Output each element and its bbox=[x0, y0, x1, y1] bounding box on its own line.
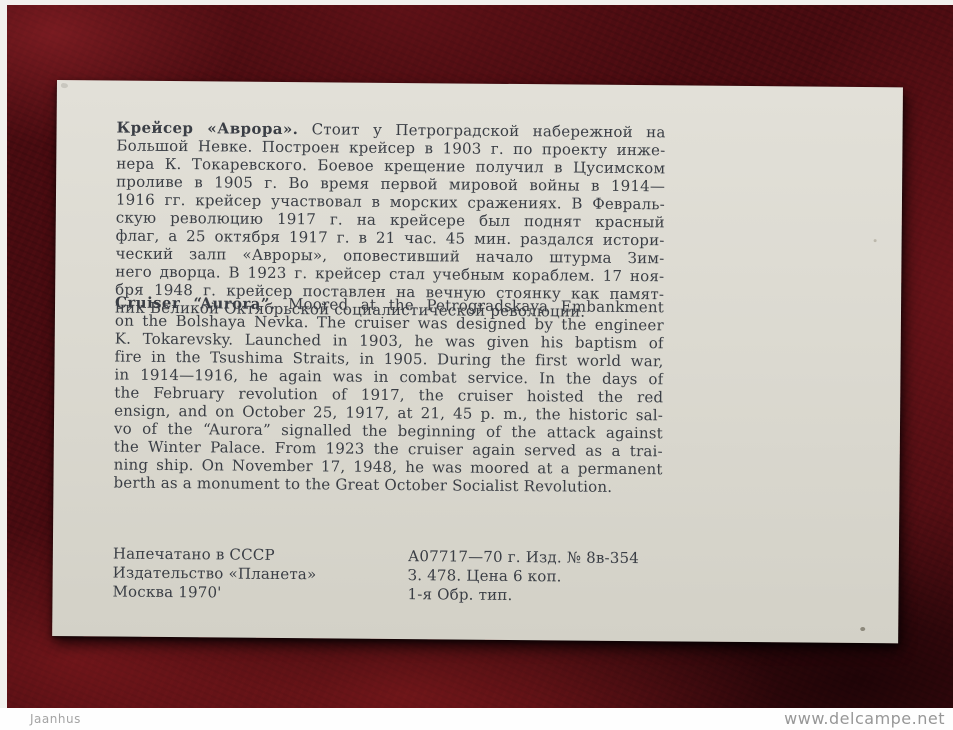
photo-frame: Крейсер «Аврора». Стоит у Петроградской … bbox=[0, 0, 953, 730]
imprint-block: Напечатано в СССРИздательство «Планета»М… bbox=[113, 545, 813, 551]
text-line: Москва 1970' bbox=[112, 583, 316, 604]
postcard: Крейсер «Аврора». Стоит у Петроградской … bbox=[52, 80, 903, 643]
watermark-delcampe: www.delcampe.net bbox=[784, 709, 945, 728]
russian-description: Крейсер «Аврора». Стоит у Петроградской … bbox=[115, 119, 666, 322]
watermark-strip: Jaanhus www.delcampe.net bbox=[0, 708, 953, 730]
text-line: berth as a monument to the Great October… bbox=[113, 474, 662, 497]
text-line: З. 478. Цена 6 коп. bbox=[408, 566, 639, 587]
paper-speck bbox=[874, 239, 877, 242]
text-line: Издательство «Планета» bbox=[113, 564, 317, 585]
paper-speck bbox=[860, 627, 865, 631]
imprint-edition-info: А07717—70 г. Изд. № 8в-354З. 478. Цена 6… bbox=[407, 547, 639, 606]
imprint-printed-in-ussr: Напечатано в СССРИздательство «Планета»М… bbox=[112, 545, 316, 604]
english-description: Cruiser “Aurora”. Moored at the Petrogra… bbox=[113, 294, 664, 497]
watermark-jaanhus: Jaanhus bbox=[30, 712, 81, 726]
text-line: Напечатано в СССР bbox=[113, 545, 317, 566]
text-line: 1-я Обр. тип. bbox=[407, 585, 638, 606]
text-line: А07717—70 г. Изд. № 8в-354 bbox=[408, 547, 639, 568]
corner-blemish bbox=[61, 83, 68, 88]
